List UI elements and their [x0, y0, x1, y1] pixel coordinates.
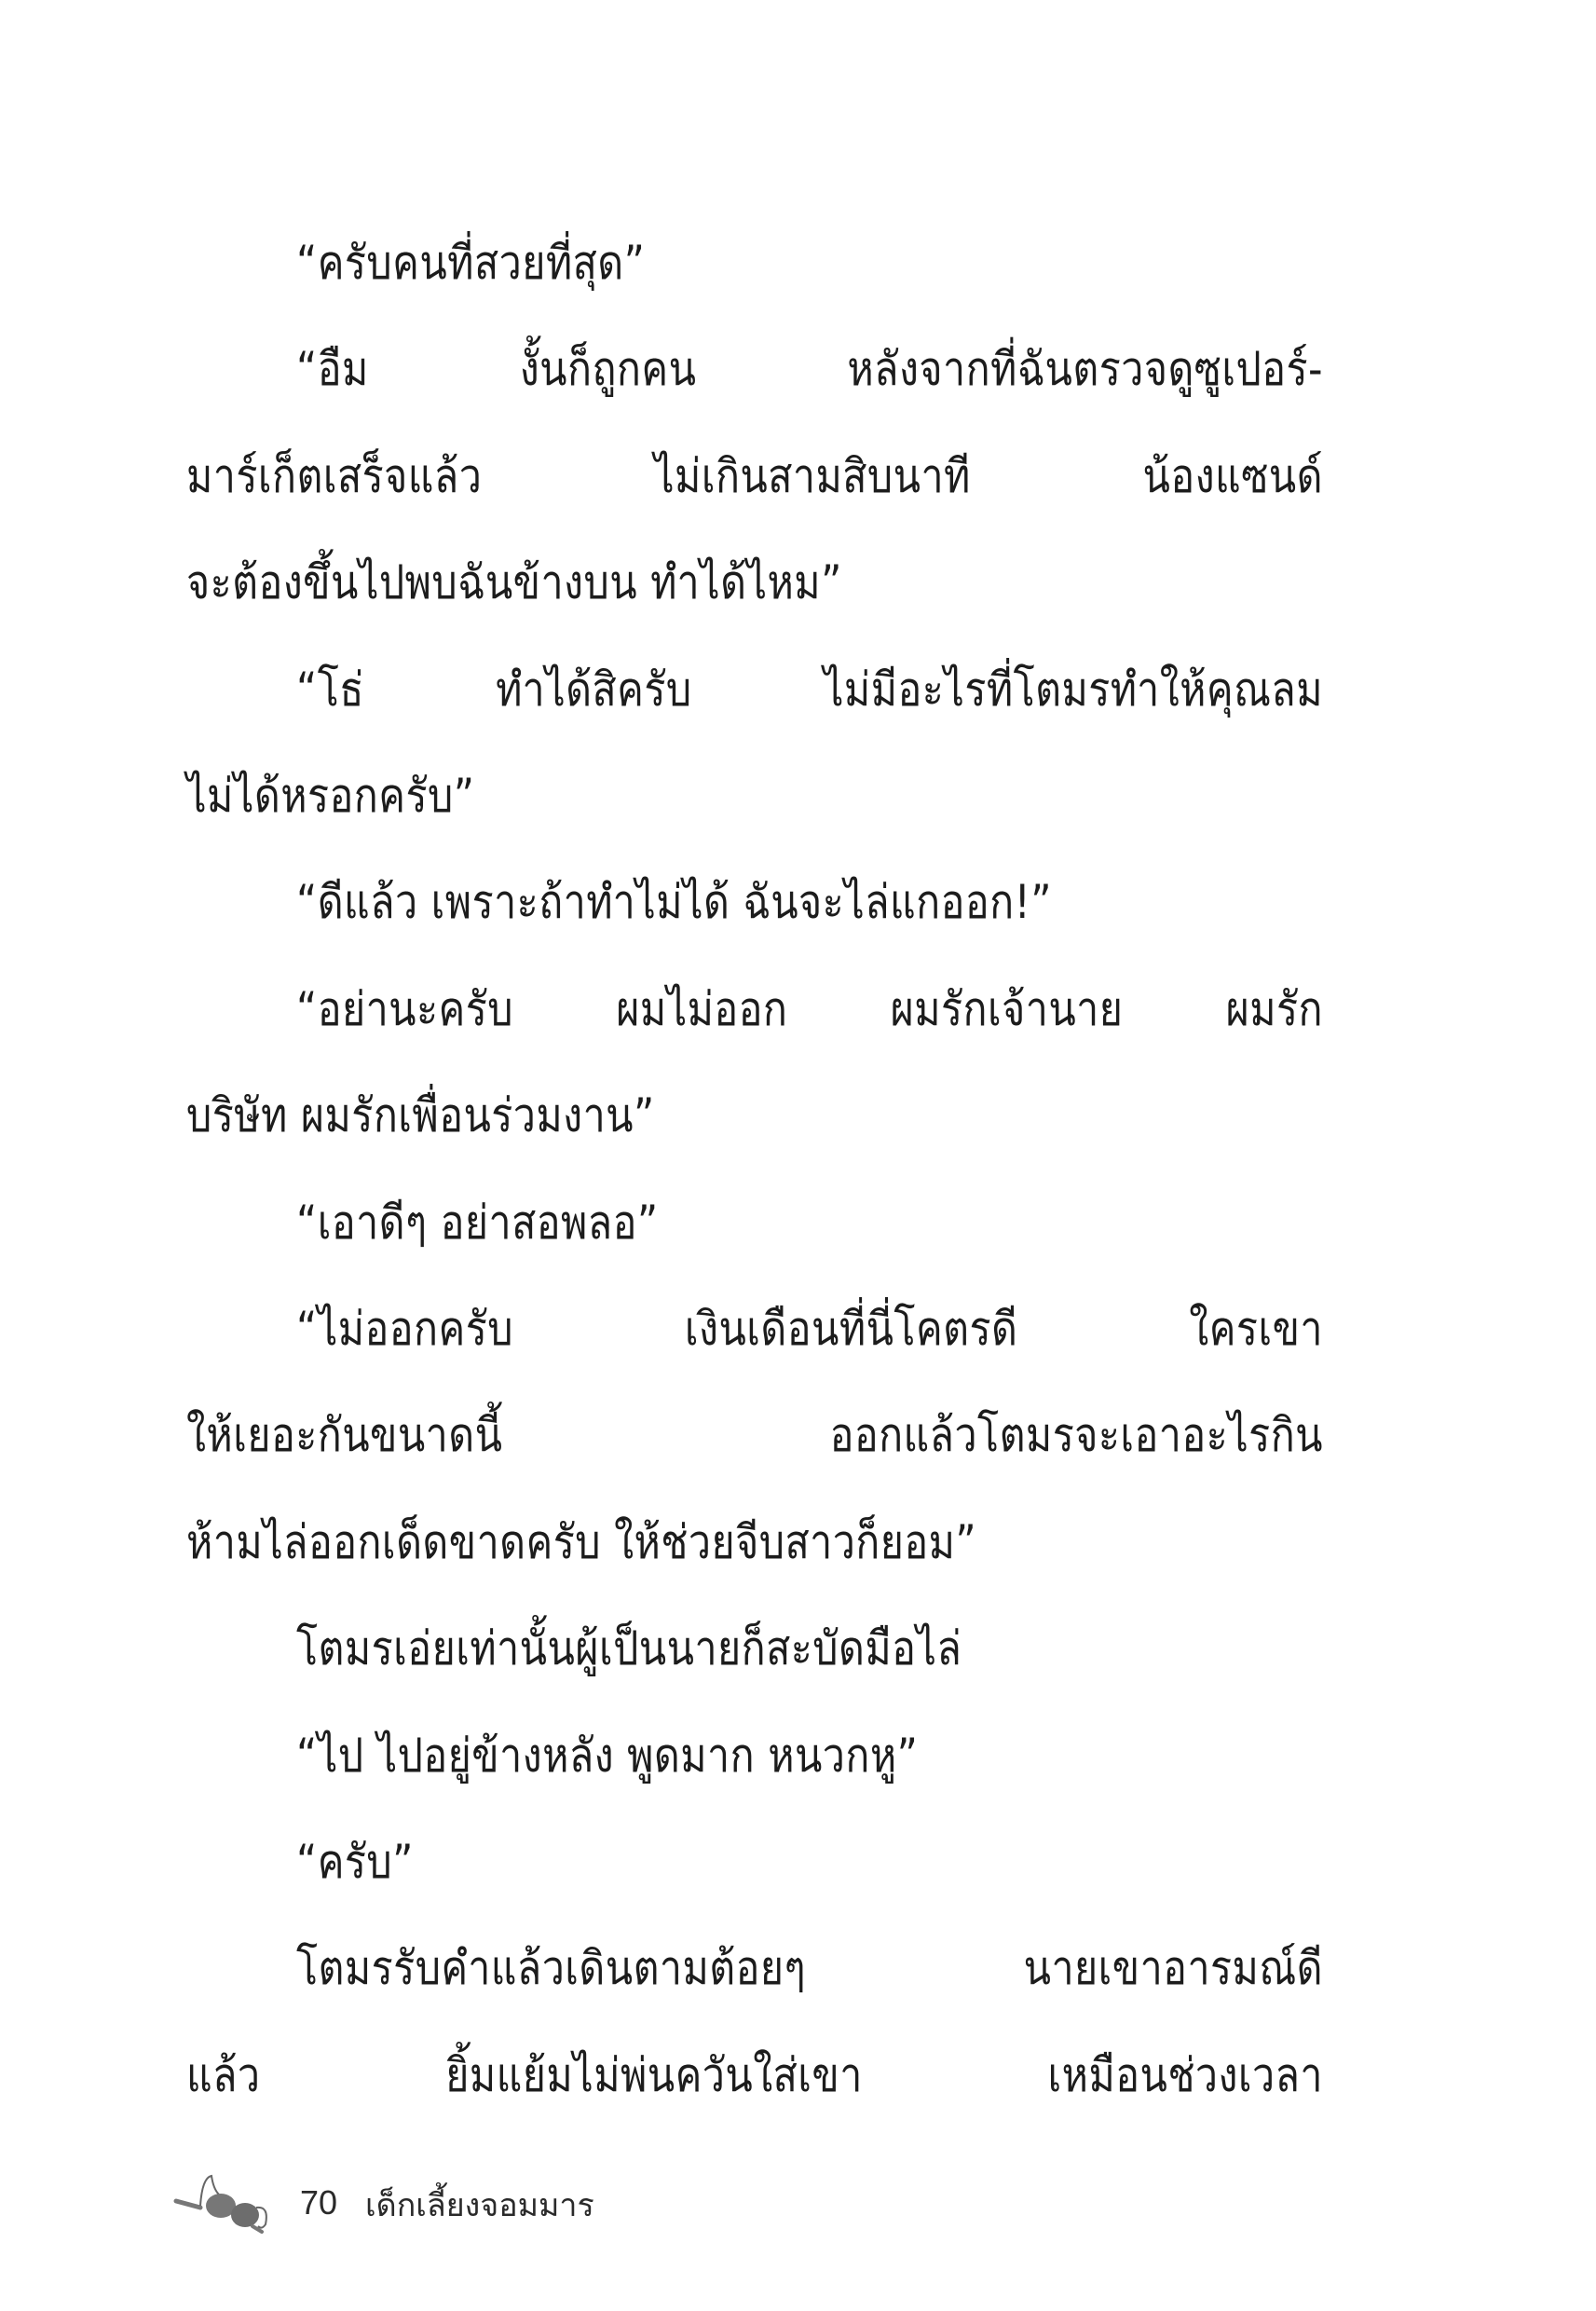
book-page: “ครับคนที่สวยที่สุด”“อืม งั้นก็ถูกคน หลั…: [0, 0, 1596, 2311]
text-line: มาร์เก็ตเสร็จแล้ว ไม่เกินสามสิบนาที น้อง…: [186, 423, 1323, 529]
book-title: เด็กเลี้ยงจอมมาร: [365, 2180, 594, 2230]
text-line: “ครับ”: [296, 1809, 414, 1915]
text-line: โตมรเอ่ยเท่านั้นผู้เป็นนายก็สะบัดมือไล่: [296, 1595, 962, 1702]
text-line: บริษัท ผมรักเพื่อนร่วมงาน”: [186, 1062, 655, 1169]
page-footer: 70 เด็กเลี้ยงจอมมาร: [168, 2167, 727, 2241]
text-line: “ไป ไปอยู่ข้างหลัง พูดมาก หนวกหู”: [296, 1702, 918, 1809]
text-line: โตมรรับคำแล้วเดินตามต้อยๆ นายเขาอารมณ์ดี: [296, 1915, 1323, 2021]
page-number: 70: [300, 2183, 337, 2222]
text-line: จะต้องขึ้นไปพบฉันข้างบน ทำได้ไหม”: [186, 529, 842, 636]
text-line: “เอาดีๆ อย่าสอพลอ”: [296, 1169, 659, 1276]
bra-icon: [172, 2168, 275, 2234]
text-line: “ไม่ออกครับ เงินเดือนที่นี่โคตรดี ใครเขา: [296, 1276, 1323, 1382]
text-line: “อืม งั้นก็ถูกคน หลังจากที่ฉันตรวจดูซูเป…: [296, 316, 1323, 422]
text-line: ไม่ได้หรอกครับ”: [186, 743, 474, 849]
text-line: ห้ามไล่ออกเด็ดขาดครับ ให้ช่วยจีบสาวก็ยอม…: [186, 1489, 976, 1595]
text-line: ให้เยอะกันขนาดนี้ ออกแล้วโตมรจะเอาอะไรกิ…: [186, 1382, 1323, 1488]
text-line: “อย่านะครับ ผมไม่ออก ผมรักเจ้านาย ผมรัก: [296, 956, 1323, 1062]
text-line: “ดีแล้ว เพราะถ้าทำไม่ได้ ฉันจะไล่แกออก!”: [296, 849, 1052, 955]
text-line: แล้ว ยิ้มแย้มไม่พ่นควันใส่เขา เหมือนช่วง…: [186, 2022, 1323, 2128]
text-line: “ครับคนที่สวยที่สุด”: [296, 210, 645, 316]
text-line: “โธ่ ทำได้สิครับ ไม่มีอะไรที่โตมรทำให้คุ…: [296, 636, 1323, 743]
